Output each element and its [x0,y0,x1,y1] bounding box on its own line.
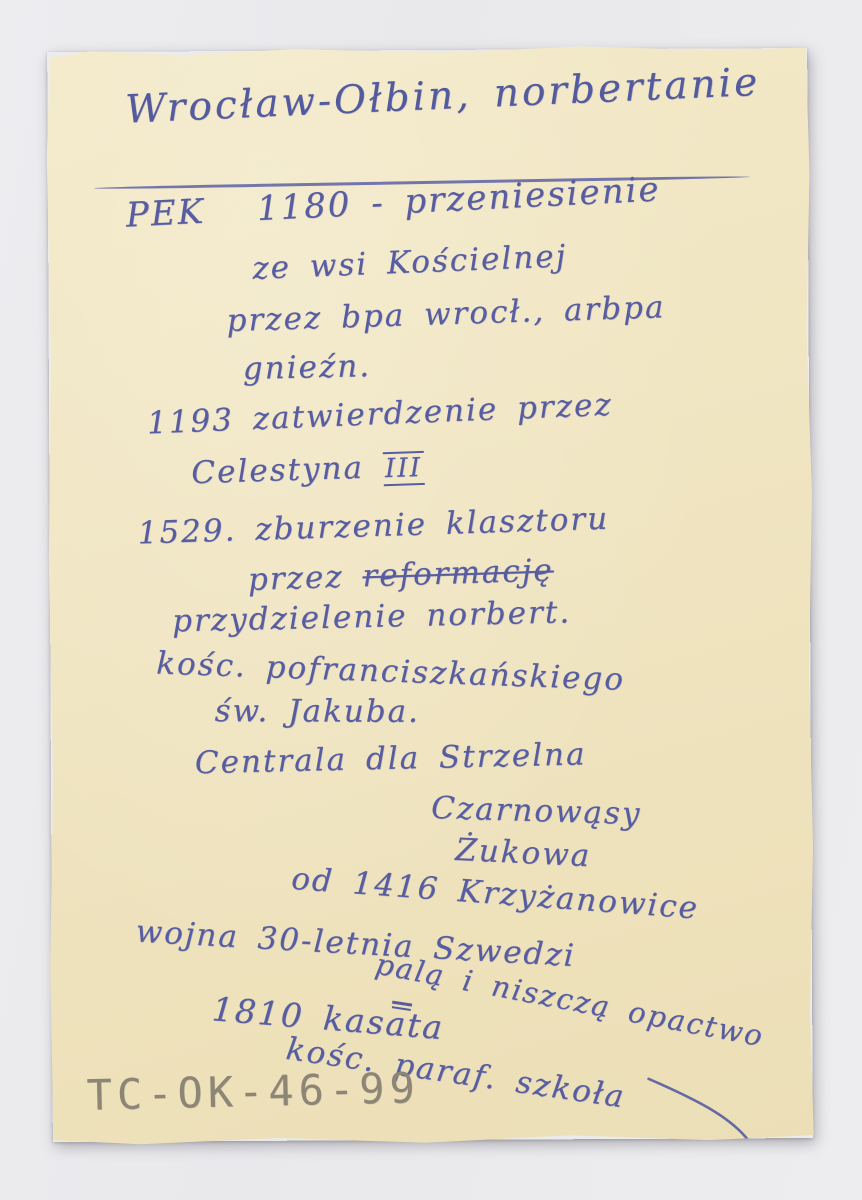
note-line-gniezn: gnieźn. [242,348,371,387]
line-text: 1180 - przeniesienie [256,169,661,229]
note-line-sw-jakuba: św. Jakuba. [215,693,420,730]
note-line-zukowa: Żukowa [454,832,592,874]
note-line-reformacja: przez reformację [247,552,554,598]
note-paper: Wrocław-Ołbin, norbertanie PEK1180 - prz… [43,42,817,1148]
note-line-1529: 1529. zburzenie klasztoru [137,501,610,552]
note-line-ze-wsi: ze wsi Kościelnej [252,238,568,287]
catalog-number: TC-OK-46-99 [86,1063,420,1120]
line-text: przez [247,559,344,598]
note-line-pek-1180: PEK1180 - przeniesienie [125,169,661,235]
note-line-celestyn: Celestyna III [191,448,425,492]
note-line-przydzielenie: przydzielenie norbert. [172,594,572,639]
spacer [206,220,258,223]
note-line-wojna-30-letnia: wojna 30-letnia Szwedzi [135,914,577,975]
line-text: Celestyna [191,450,365,491]
pek-label: PEK [125,192,206,236]
note-line-1416: od 1416 Krzyżanowice [290,861,700,927]
struck-word: reformację [362,552,554,594]
note-line-centrala: Centrala dla Strzelna [194,736,586,781]
celestine-numeral: III [382,451,424,486]
scan-background: Wrocław-Ołbin, norbertanie PEK1180 - prz… [0,0,862,1200]
note-line-przez-bpa: przez bpa wrocł., arbpa [226,289,666,339]
note-line-1193: 1193 zatwierdzenie przez [146,387,613,442]
note-line-czarnowasy: Czarnowąsy [431,790,642,832]
note-line-kosc-pofranciszkanski: kośc. pofranciszkańskiego [156,645,626,697]
note-title: Wrocław-Ołbin, norbertanie [124,60,761,133]
